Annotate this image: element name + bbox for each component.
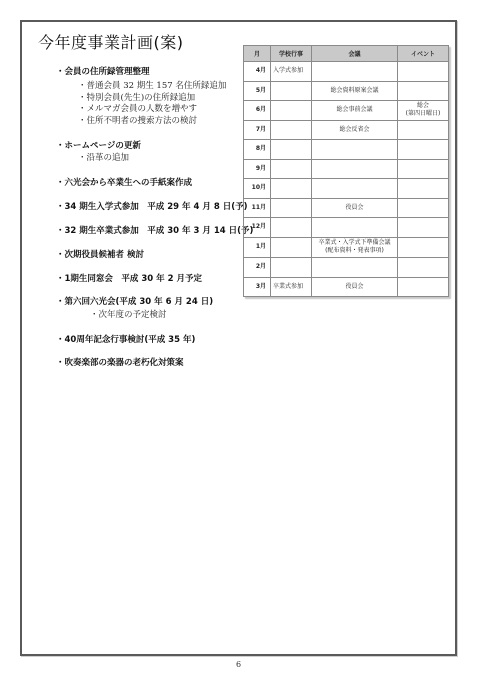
school-event-cell <box>271 237 312 258</box>
meeting-cell: 総会事前会議 <box>312 101 398 121</box>
event-cell <box>398 198 449 218</box>
sub-item: ・住所不明者の捜索方法の検討 <box>78 114 197 126</box>
plan-item-officer-candidates: ・次期役員候補者 検討 <box>56 248 144 260</box>
month-cell: 3月 <box>244 277 271 297</box>
meeting-cell <box>312 179 398 199</box>
column-header-events: イベント <box>398 46 449 62</box>
month-cell: 9月 <box>244 159 271 179</box>
event-cell <box>398 81 449 101</box>
school-event-cell <box>271 198 312 218</box>
table-row: 10月 <box>244 179 449 199</box>
event-cell <box>398 237 449 258</box>
table-row: 7月 総会反省会 <box>244 120 449 140</box>
table-row: 2月 <box>244 258 449 278</box>
school-event-cell <box>271 120 312 140</box>
school-event-cell <box>271 81 312 101</box>
sub-item: ・次年度の予定検討 <box>90 308 167 320</box>
month-cell: 2月 <box>244 258 271 278</box>
school-event-cell: 入学式参加 <box>271 62 312 82</box>
plan-item-letter: ・六光会から卒業生への手紙案作成 <box>56 176 192 188</box>
month-cell: 1月 <box>244 237 271 258</box>
event-cell <box>398 140 449 160</box>
table-row: 8月 <box>244 140 449 160</box>
column-header-month: 月 <box>244 46 271 62</box>
meeting-cell <box>312 218 398 238</box>
table-row: 5月 総会資料原案会議 <box>244 81 449 101</box>
school-event-cell <box>271 179 312 199</box>
table-row: 11月 役員会 <box>244 198 449 218</box>
table-row: 4月 入学式参加 <box>244 62 449 82</box>
plan-item-rokkoukai: ・第六回六光会(平成 30 年 6 月 24 日) <box>56 295 213 307</box>
meeting-cell <box>312 62 398 82</box>
event-cell: 総会 (第四日曜日) <box>398 101 449 121</box>
event-cell <box>398 159 449 179</box>
plan-item-anniversary: ・40周年記念行事検討(平成 35 年) <box>56 333 195 345</box>
event-cell <box>398 258 449 278</box>
month-cell: 8月 <box>244 140 271 160</box>
meeting-cell <box>312 140 398 160</box>
month-cell: 10月 <box>244 179 271 199</box>
table-row: 9月 <box>244 159 449 179</box>
table-row: 12月 <box>244 218 449 238</box>
month-cell: 12月 <box>244 218 271 238</box>
table-header-row: 月 学校行事 会議 イベント <box>244 46 449 62</box>
plan-item-reunion: ・1期生同窓会 平成 30 年 2 月予定 <box>56 272 202 284</box>
event-cell <box>398 120 449 140</box>
table-row: 6月 総会事前会議 総会 (第四日曜日) <box>244 101 449 121</box>
page-number: 6 <box>236 660 241 669</box>
plan-item-homepage: ・ホームページの更新 <box>56 139 141 151</box>
page-title: 今年度事業計画(案) <box>38 30 184 53</box>
table-row: 1月 卒業式・入学式下準備会議 (配布資料・発表事項) <box>244 237 449 258</box>
plan-item-address-book: ・会員の住所録管理整理 <box>56 65 150 77</box>
school-event-cell <box>271 258 312 278</box>
month-cell: 4月 <box>244 62 271 82</box>
school-event-cell <box>271 101 312 121</box>
table-row: 3月 卒業式参加 役員会 <box>244 277 449 297</box>
event-cell <box>398 179 449 199</box>
month-cell: 11月 <box>244 198 271 218</box>
meeting-cell: 卒業式・入学式下準備会議 (配布資料・発表事項) <box>312 237 398 258</box>
column-header-meetings: 会議 <box>312 46 398 62</box>
event-cell <box>398 62 449 82</box>
meeting-cell <box>312 258 398 278</box>
event-note: (第四日曜日) <box>400 110 446 118</box>
month-cell: 5月 <box>244 81 271 101</box>
sub-item: ・メルマガ会員の人数を増やす <box>78 102 197 114</box>
sub-item: ・沿革の追加 <box>78 151 129 163</box>
meeting-cell: 役員会 <box>312 277 398 297</box>
meeting-note: (配布資料・発表事項) <box>314 247 395 255</box>
meeting-cell <box>312 159 398 179</box>
plan-item-entrance-ceremony: ・34 期生入学式参加 平成 29 年 4 月 8 日(予) <box>56 200 247 212</box>
school-event-cell <box>271 140 312 160</box>
event-cell <box>398 277 449 297</box>
school-event-cell: 卒業式参加 <box>271 277 312 297</box>
event-cell <box>398 218 449 238</box>
column-header-school-events: 学校行事 <box>271 46 312 62</box>
meeting-cell: 総会反省会 <box>312 120 398 140</box>
meeting-cell: 役員会 <box>312 198 398 218</box>
school-event-cell <box>271 218 312 238</box>
sub-item: ・普通会員 32 期生 157 名住所録追加 <box>78 79 226 91</box>
month-cell: 6月 <box>244 101 271 121</box>
meeting-cell: 総会資料原案会議 <box>312 81 398 101</box>
plan-item-band-instruments: ・吹奏楽部の楽器の老朽化対策案 <box>56 356 184 368</box>
schedule-table: 月 学校行事 会議 イベント 4月 入学式参加 5月 総会資料原案会議 6月 総… <box>243 45 449 297</box>
school-event-cell <box>271 159 312 179</box>
month-cell: 7月 <box>244 120 271 140</box>
plan-item-graduation-ceremony: ・32 期生卒業式参加 平成 30 年 3 月 14 日(予) <box>56 224 253 236</box>
